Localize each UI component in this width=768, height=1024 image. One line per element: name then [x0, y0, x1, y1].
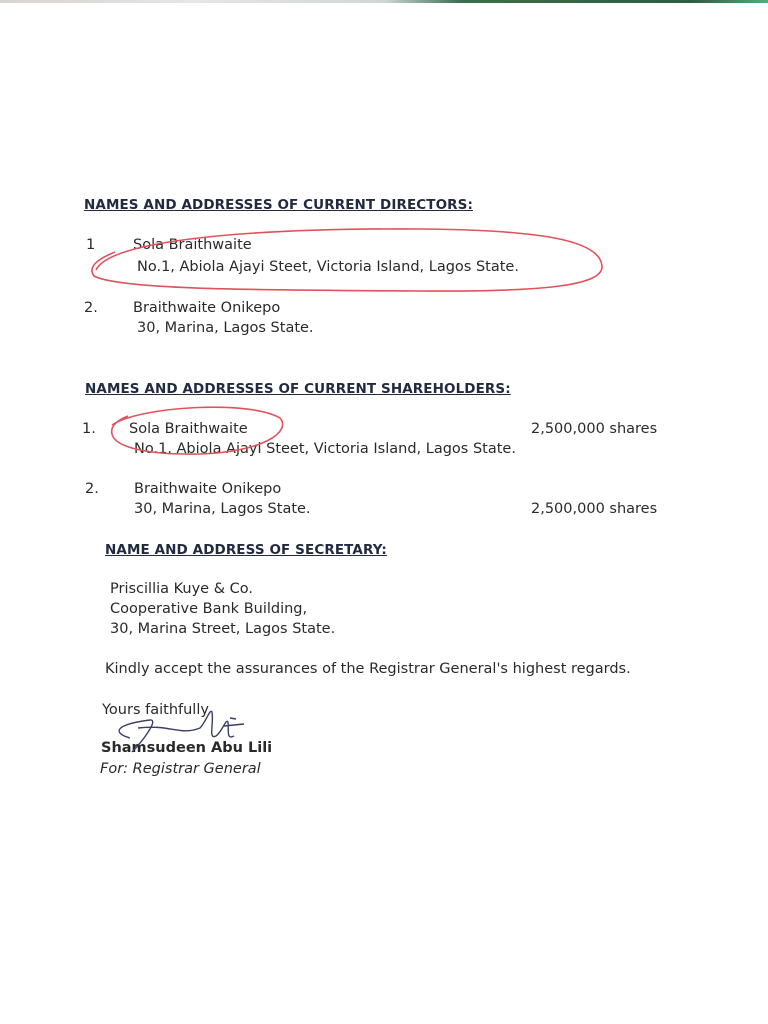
top-edge-strip [0, 0, 768, 3]
secretary-line-3: 30, Marina Street, Lagos State. [110, 621, 335, 637]
salutation: Yours faithfully [102, 702, 209, 718]
signatory-role: For: Registrar General [100, 761, 261, 777]
director-2-number: 2. [84, 300, 98, 316]
directors-heading: NAMES AND ADDRESSES OF CURRENT DIRECTORS… [84, 197, 473, 213]
shareholder-2-name: Braithwaite Onikepo [134, 481, 281, 497]
shareholder-1-address: No.1, Abiola Ajayi Steet, Victoria Islan… [134, 441, 516, 457]
signatory-name: Shamsudeen Abu Lili [101, 740, 272, 756]
shareholder-1-number: 1. [82, 421, 96, 437]
director-1-name: Sola Braithwaite [133, 237, 252, 253]
shareholder-1-name: Sola Braithwaite [129, 421, 248, 437]
secretary-line-1: Priscillia Kuye & Co. [110, 581, 253, 597]
director-2-address: 30, Marina, Lagos State. [137, 320, 314, 336]
closing-sentence: Kindly accept the assurances of the Regi… [105, 661, 631, 677]
shareholders-heading: NAMES AND ADDRESSES OF CURRENT SHAREHOLD… [85, 381, 511, 397]
director-1-number: 1 [86, 237, 95, 253]
shareholder-2-shares: 2,500,000 shares [531, 501, 657, 517]
shareholder-2-address: 30, Marina, Lagos State. [134, 501, 311, 517]
secretary-heading: NAME AND ADDRESS OF SECRETARY: [88, 542, 387, 558]
shareholder-1-shares: 2,500,000 shares [531, 421, 657, 437]
shareholder-2-number: 2. [85, 481, 99, 497]
director-1-address: No.1, Abiola Ajayi Steet, Victoria Islan… [137, 259, 519, 275]
director-2-name: Braithwaite Onikepo [133, 300, 280, 316]
secretary-line-2: Cooperative Bank Building, [110, 601, 307, 617]
